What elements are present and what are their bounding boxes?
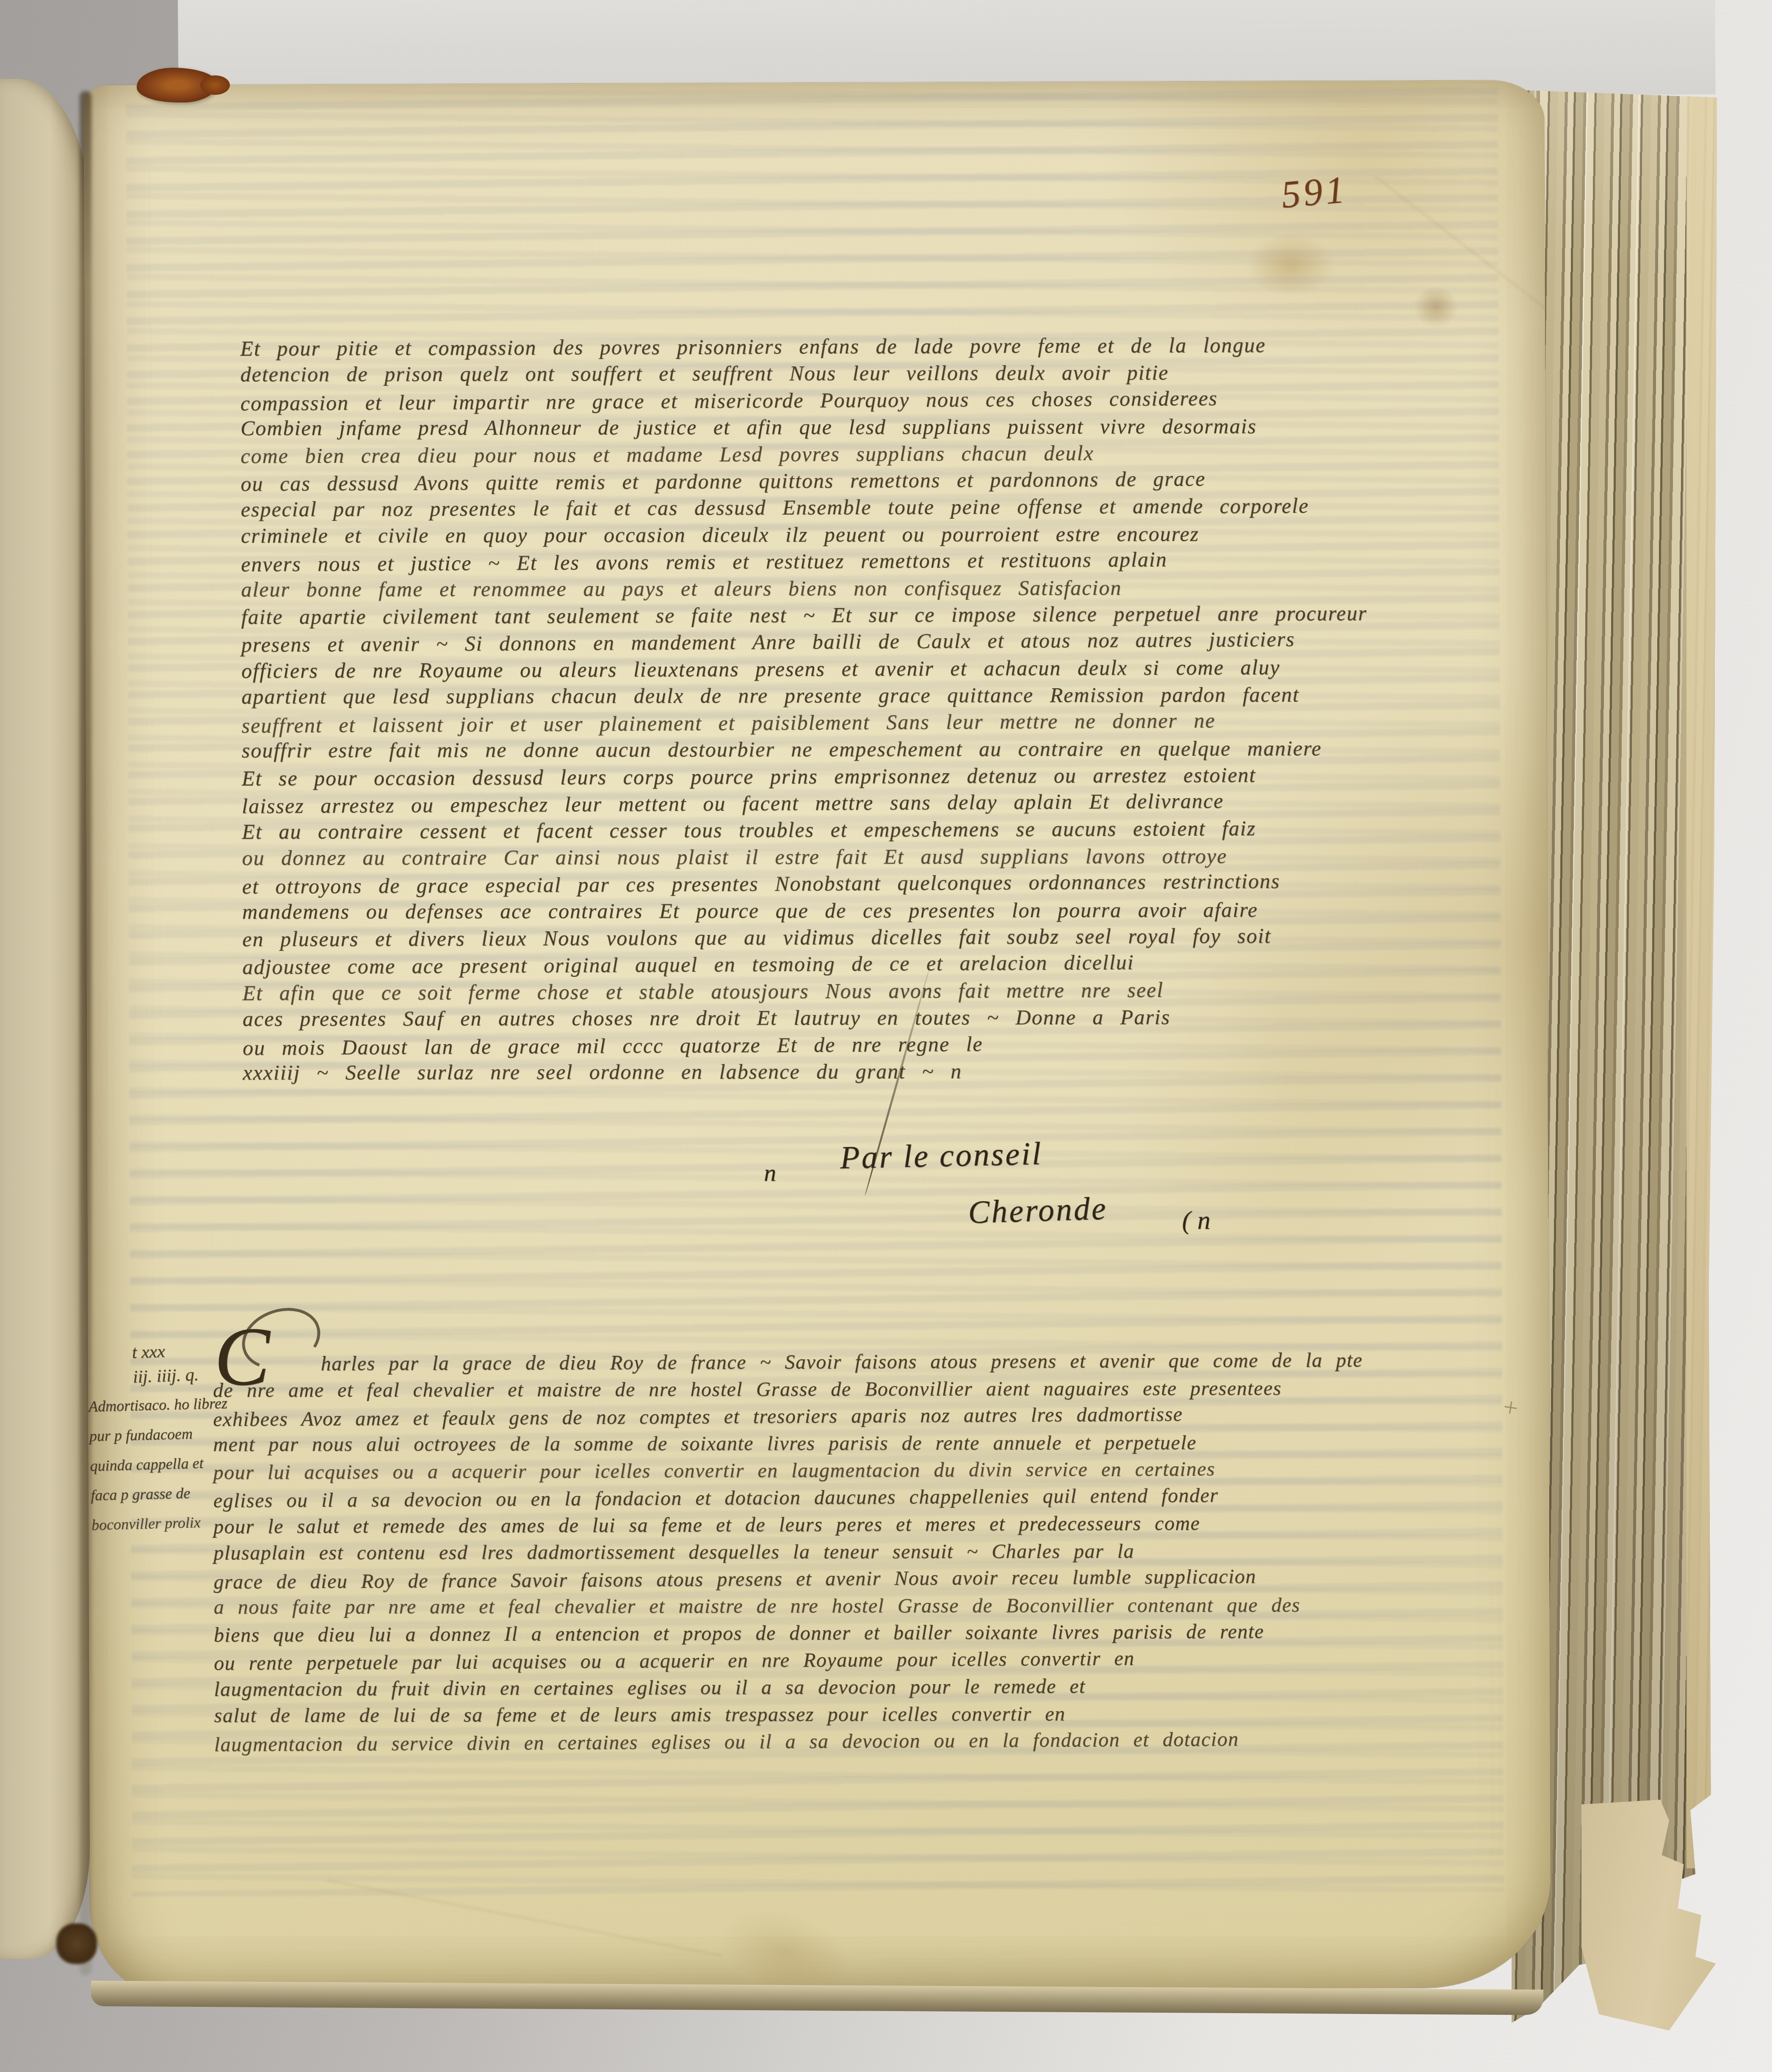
margin-reference-numerals: t xxxiij. iiij. q. <box>132 1338 199 1389</box>
manuscript-text-line: come bien crea dieu pour nous et madame … <box>241 439 1367 470</box>
spine-bottom-leather <box>56 1923 97 1964</box>
manuscript-text-line: aleur bonne fame et renommee au pays et … <box>241 574 1367 603</box>
manuscript-text-line: Et pour pitie et compassion des povres p… <box>240 331 1366 362</box>
manuscript-text-line: mandemens ou defenses ace contraires Et … <box>242 896 1368 925</box>
margin-note-line: Admortisaco. ho librez <box>88 1388 227 1421</box>
signature-authority-line: Par le conseil <box>840 1135 1043 1176</box>
manuscript-text-line: Et afin que ce soit ferme chose et stabl… <box>243 976 1369 1007</box>
manuscript-text-line: ment par nous alui octroyees de la somme… <box>213 1429 1363 1458</box>
signature-flourish: ( n <box>1182 1206 1210 1236</box>
manuscript-text-line: ou rente perpetuele par lui acquises ou … <box>214 1644 1364 1677</box>
manuscript-text-line: harles par la grace de dieu Roy de franc… <box>213 1347 1363 1378</box>
verso-page-edge <box>0 79 90 1959</box>
manuscript-text-line: biens que dieu lui a donnez Il a entenci… <box>214 1618 1364 1649</box>
manuscript-text-line: salut de lame de lui de sa feme et de le… <box>214 1700 1364 1729</box>
manuscript-text-line: laugmentacion du fruit divin en certaine… <box>214 1672 1364 1703</box>
manuscript-text-line: pour le salut et remede des ames de lui … <box>213 1510 1363 1541</box>
notarial-paraph: n <box>764 1158 776 1187</box>
parchment-stain <box>708 1893 861 1993</box>
margin-numeral-line: iij. iiij. q. <box>133 1363 199 1390</box>
manuscript-text-line: envers nous et justice ~ Et les avons re… <box>241 545 1367 578</box>
margin-note-line: boconviller prolix <box>91 1507 230 1540</box>
gutter-shadow <box>80 91 91 1975</box>
manuscript-text-line: pour lui acquises ou a acquerir pour ice… <box>213 1455 1363 1486</box>
manuscript-text-line: especial par noz presentes le fait et ca… <box>241 492 1367 523</box>
manuscript-text-line: ou cas dessusd Avons quitte remis et par… <box>241 465 1367 498</box>
manuscript-text-line: Combien jnfame presd Alhonneur de justic… <box>241 413 1367 442</box>
manuscript-text-line: a nous faite par nre ame et feal chevali… <box>214 1592 1364 1621</box>
parchment-stain <box>1414 286 1458 328</box>
manuscript-text-line: grace de dieu Roy de france Savoir faiso… <box>213 1563 1363 1596</box>
manuscript-text-line: Et se pour occasion dessusd leurs corps … <box>242 761 1368 792</box>
manuscript-text-line: xxxiiij ~ Seelle surlaz nre seel ordonne… <box>243 1057 1369 1087</box>
manuscript-text-line: exhibees Avoz amez et feaulx gens de noz… <box>213 1400 1363 1433</box>
manuscript-text-line: seuffrent et laissent joir et user plain… <box>241 706 1368 739</box>
manuscript-text-line: de nre ame et feal chevalier et maistre … <box>213 1375 1363 1404</box>
manuscript-photo: 591 Et pour pitie et compassion des povr… <box>0 0 1772 2072</box>
clerk-signature: Cheronde <box>968 1190 1108 1231</box>
margin-note-line: faca p grasse de <box>90 1477 229 1510</box>
manuscript-text-line: souffrir estre fait mis ne donne aucun d… <box>242 735 1368 764</box>
manuscript-text-line: laugmentacion du service divin en certai… <box>214 1725 1364 1759</box>
margin-cross-mark: + <box>1501 1392 1520 1424</box>
manuscript-text-line: aces presentes Sauf en autres choses nre… <box>243 1004 1369 1033</box>
parchment-page: 591 Et pour pitie et compassion des povr… <box>83 80 1551 1993</box>
manuscript-text-line: detencion de prison quelz ont souffert e… <box>240 359 1366 388</box>
manuscript-text-line: compassion et leur impartir nre grace et… <box>241 384 1367 417</box>
margin-note-line: quinda cappella et <box>90 1447 229 1481</box>
headband-leather-icon <box>137 68 217 102</box>
manuscript-text-line: officiers de nre Royaume ou aleurs lieux… <box>241 653 1368 684</box>
margin-note-line: pur p fundacoem <box>89 1418 228 1451</box>
manuscript-text-line: laissez arrestez ou empeschez leur mette… <box>242 787 1368 820</box>
manuscript-text-line: et ottroyons de grace especial par ces p… <box>242 867 1368 900</box>
manuscript-text-line: eglises ou il a sa devocion ou en la fon… <box>213 1481 1363 1515</box>
manuscript-text-line: ou mois Daoust lan de grace mil cccc qua… <box>243 1028 1369 1061</box>
manuscript-text-line: apartient que lesd supplians chacun deul… <box>241 681 1368 711</box>
manuscript-text-line: criminele et civile en quoy pour occasio… <box>241 520 1367 549</box>
manuscript-text-line: Et au contraire cessent et facent cesser… <box>242 815 1368 846</box>
margin-numeral-line: t xxx <box>132 1338 198 1365</box>
parchment-stain <box>1246 233 1335 297</box>
manuscript-text-line: presens et avenir ~ Si donnons en mandem… <box>241 625 1368 658</box>
manuscript-text-line: ou donnez au contraire Car ainsi nous pl… <box>242 842 1368 871</box>
act1-text-block: Et pour pitie et compassion des povres p… <box>240 331 1369 1087</box>
margin-annotation: Admortisaco. ho librezpur p fundacoemqui… <box>88 1388 230 1540</box>
folio-number: 591 <box>1280 168 1349 217</box>
act2-text-block: harles par la grace de dieu Roy de franc… <box>213 1347 1364 1757</box>
manuscript-text-line: adjoustee come ace present original auqu… <box>242 948 1368 981</box>
manuscript-text-line: plusaplain est contenu esd lres dadmorti… <box>213 1538 1363 1567</box>
